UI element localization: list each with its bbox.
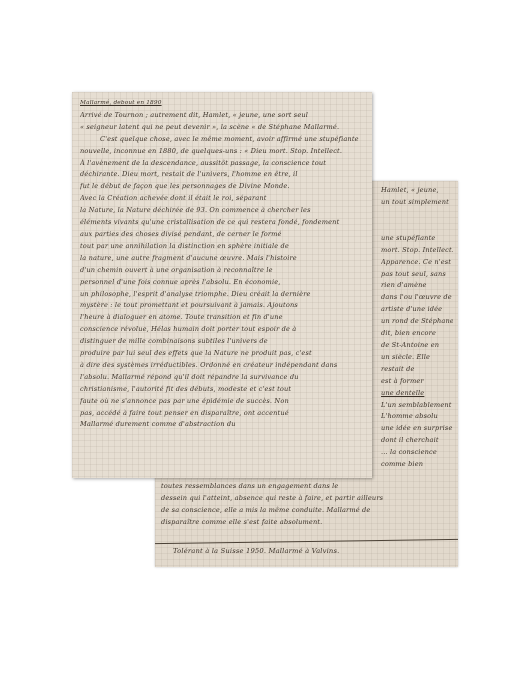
manuscript-front-page: Mallarmé, debout en 1890 Arrivé de Tourn… [72,92,372,478]
back-page-bottom-text: toutes ressemblances dans un engagement … [161,481,453,529]
front-line: christianisme, l'autorité fit des débuts… [80,384,368,396]
back-line: est à former [381,376,453,388]
back-line: ... la conscience [381,447,453,459]
front-line: nouvelle, inconnue en 1880, de quelques-… [80,146,368,158]
front-line: déchirante. Dieu mort, restait de l'univ… [80,169,368,181]
front-line: fut le début de façon que les personnage… [80,181,368,193]
back-line: dit, bien encore [381,328,453,340]
signature-rule-divider [155,539,458,544]
front-line: Avec la Création achevée dont il était l… [80,193,368,205]
back-line: disparaître comme elle s'est faite absol… [161,517,453,529]
back-line: dans l'ou l'œuvre de [381,292,453,304]
front-line: Mallarmé durement comme d'abstraction du [80,419,368,431]
back-line: un siècle. Elle [381,352,453,364]
front-page-heading: Mallarmé, debout en 1890 [80,98,368,110]
back-line: artiste d'une idée [381,304,453,316]
front-line: C'est quelque chose, avec le même moment… [80,134,368,146]
front-line: Arrivé de Tournon ; autrement dit, Hamle… [80,110,368,122]
back-line: rien d'amène [381,280,453,292]
back-line: restait de [381,364,453,376]
front-line: faute où ne s'annonce pas par une épidém… [80,396,368,408]
back-line: une stupéfiante [381,233,453,245]
back-line: Apparence. Ce n'est [381,257,453,269]
front-page-text: Mallarmé, debout en 1890 Arrivé de Tourn… [80,98,368,431]
front-line: mystère : le tout promettant et poursuiv… [80,300,368,312]
signature-line: Tolérant à la Suisse 1950. Mallarmé à Va… [173,546,443,558]
back-line: comme bien [381,459,453,471]
back-line: dont il cherchait [381,435,453,447]
front-line: éléments vivants qu'une cristallisation … [80,217,368,229]
front-line: la nature, une autre fragment d'aucune œ… [80,253,368,265]
front-line: produire par lui seul des effets que la … [80,348,368,360]
back-line: Hamlet, « jeune, [381,185,453,197]
front-line: un philosophe, l'esprit d'analyse triomp… [80,289,368,301]
front-line: À l'avènement de la descendance, aussitô… [80,158,368,170]
front-line: pas, accédé à faire tout penser en dispa… [80,408,368,420]
back-page-right-column: Hamlet, « jeune, un tout simplement une … [381,181,453,471]
front-line: distinguer de mille combinaisons subtile… [80,336,368,348]
front-line: aux parties des choses divisé pendant, d… [80,229,368,241]
back-line: L'homme absolu [381,411,453,423]
back-line: une dentelle [381,388,453,400]
front-line: à dire des systèmes irréductibles. Ordon… [80,360,368,372]
front-line: l'heure à dialoguer en atome. Toute tran… [80,312,368,324]
front-line: d'un chemin ouvert à une organisation à … [80,265,368,277]
front-line: conscience révolue, Hélas humain doit po… [80,324,368,336]
front-line: l'absolu. Mallarmé répond qu'il doit rép… [80,372,368,384]
front-line: tout par une annihilation la distinction… [80,241,368,253]
back-line: un tout simplement [381,197,453,209]
back-line-gap [381,209,453,233]
back-line: une idée en surprise [381,423,453,435]
back-line: L'un semblablement [381,400,453,412]
back-line: toutes ressemblances dans un engagement … [161,481,453,493]
back-line: mort. Stop. Intellect. [381,245,453,257]
back-line: de sa conscience, elle a mis la même con… [161,505,453,517]
back-line: de St-Antoine en [381,340,453,352]
back-line: pas tout seul, sans [381,269,453,281]
back-line: un rond de Stéphane [381,316,453,328]
front-line: « seigneur latent qui ne peut devenir »,… [80,122,368,134]
front-line: personnel d'une fois connue après l'abso… [80,277,368,289]
front-line: la Nature, la Nature déchirée de 93. On … [80,205,368,217]
back-line: dessein qui l'atteint, absence qui reste… [161,493,453,505]
